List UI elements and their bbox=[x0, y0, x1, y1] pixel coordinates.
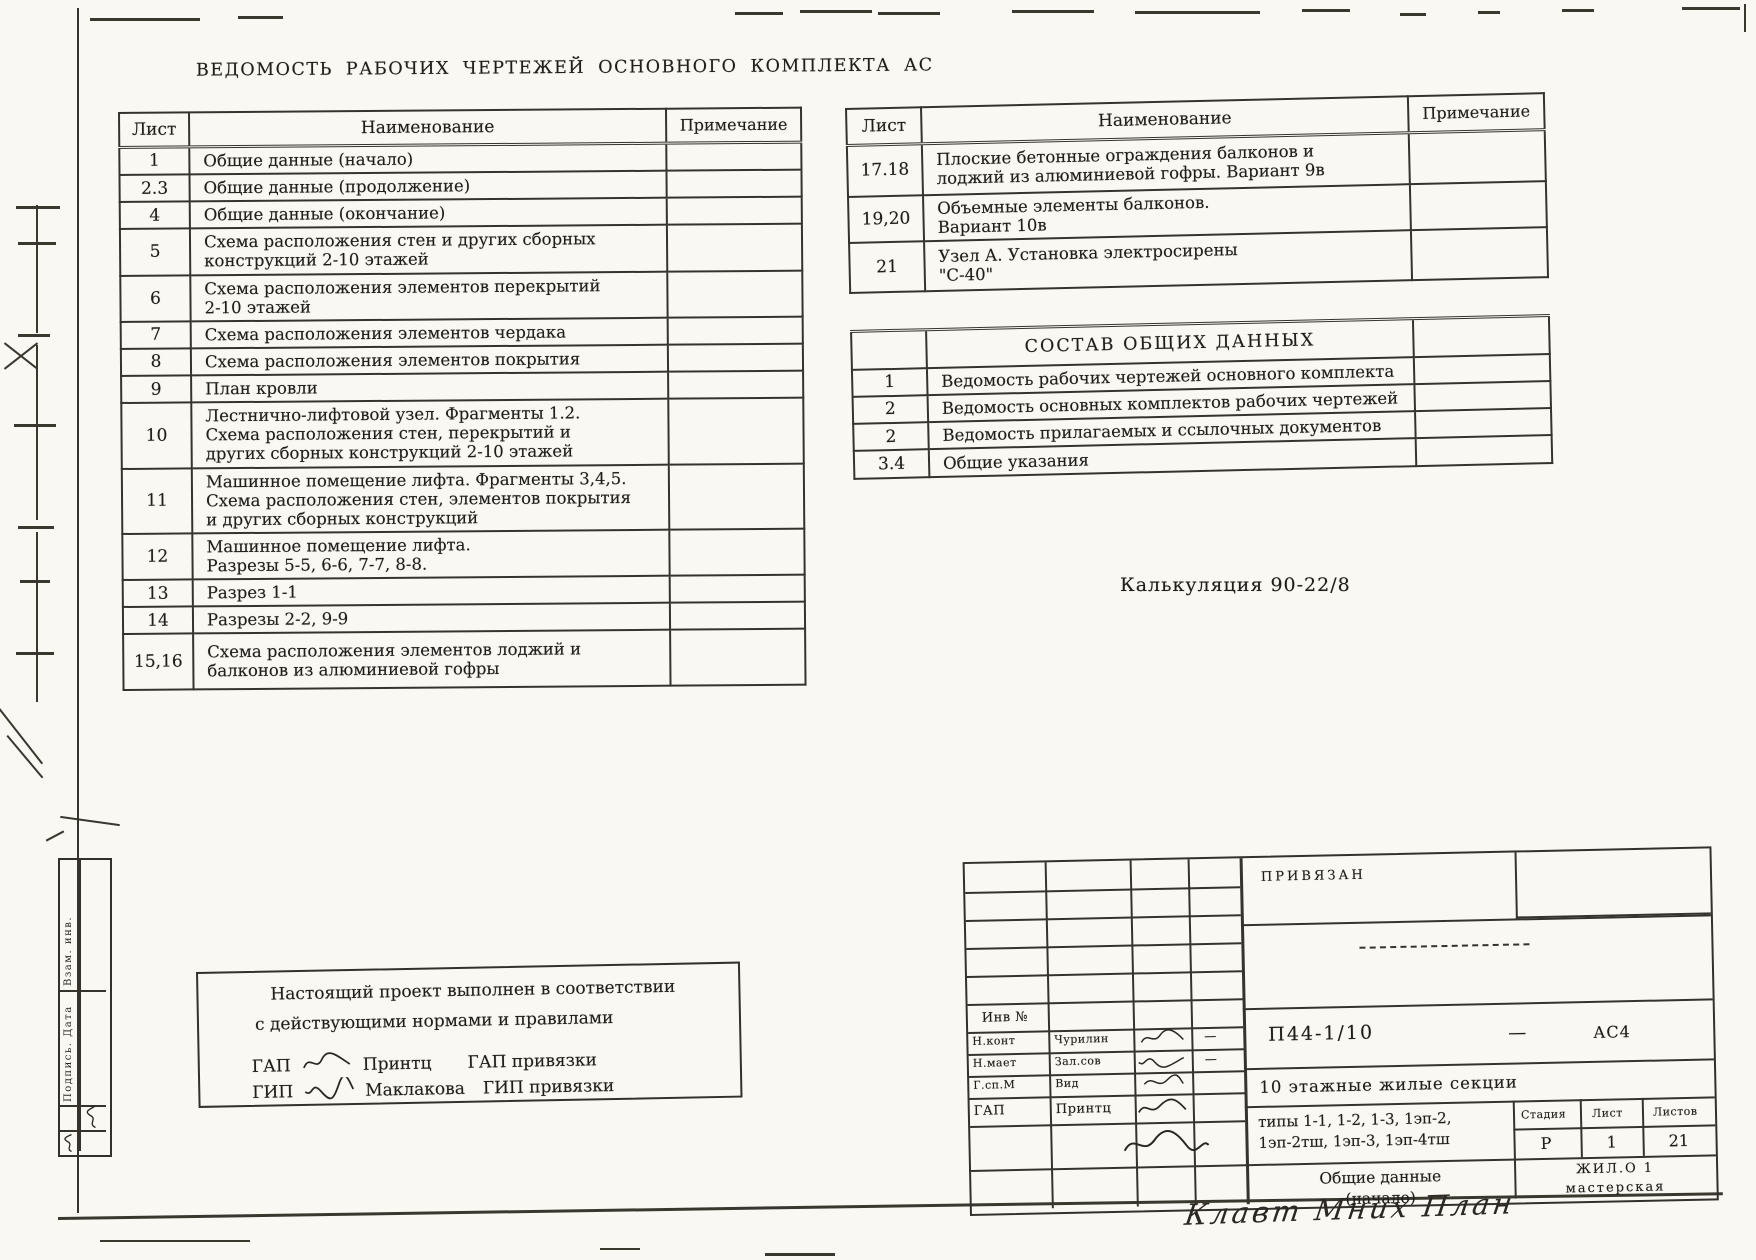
sheet-number-cell: 2 bbox=[853, 422, 929, 451]
gip-suffix: ГИП привязки bbox=[483, 1075, 615, 1098]
drawing-name-cell: Схема расположения элементов лоджий и ба… bbox=[193, 630, 670, 690]
drawing-name-cell: Схема расположения элементов покрытия bbox=[191, 345, 668, 376]
sheet-number-cell: 13 bbox=[123, 580, 193, 608]
sheet-number-cell: 7 bbox=[121, 321, 191, 349]
drawing-name-cell: Общие данные (окончание) bbox=[190, 198, 667, 229]
col-header-sheet: Лист bbox=[846, 107, 922, 145]
date-dash: — bbox=[1205, 1052, 1217, 1066]
table-row: 12 Машинное помещение лифта. Разрезы 5-5… bbox=[122, 528, 804, 580]
sheet-number-cell: 11 bbox=[122, 468, 193, 534]
divider bbox=[60, 1130, 106, 1132]
margin-label-podpis-data: Подпись. Дата bbox=[63, 1002, 74, 1102]
margin-handwriting-scribble bbox=[61, 1134, 80, 1154]
drawing-name-cell: План кровли bbox=[191, 372, 668, 403]
divider bbox=[967, 970, 1242, 978]
drawing-name-cell: Разрез 1-1 bbox=[193, 576, 670, 607]
note-cell bbox=[666, 170, 801, 198]
divider bbox=[1243, 998, 1713, 1010]
note-cell bbox=[667, 224, 802, 271]
right-tables-wrap: Лист Наименование Примечание 17.18 Плоск… bbox=[845, 92, 1553, 480]
signature-scribble bbox=[1141, 1071, 1185, 1096]
note-cell bbox=[668, 371, 803, 399]
inventory-number-label: Инв № bbox=[982, 1010, 1029, 1026]
set-code: АС4 bbox=[1593, 1022, 1631, 1042]
sheet-number-cell: 10 bbox=[121, 403, 192, 469]
divider bbox=[966, 942, 1241, 950]
gap-suffix: ГАП привязки bbox=[467, 1050, 597, 1072]
gip-role: ГИП bbox=[252, 1082, 293, 1103]
note-cell bbox=[668, 344, 803, 372]
table-header-row: Лист Наименование Примечание bbox=[119, 108, 801, 147]
divider bbox=[1359, 943, 1529, 949]
gap-signature-scribble bbox=[301, 1051, 354, 1079]
note-cell bbox=[668, 398, 804, 464]
stage-label: Стадия bbox=[1521, 1107, 1566, 1121]
signer-name: Вид bbox=[1055, 1077, 1079, 1090]
sheet-number-cell: 2.3 bbox=[119, 174, 189, 202]
sheet-number-cell: 12 bbox=[122, 533, 192, 580]
note-cell bbox=[666, 142, 801, 171]
divider bbox=[1241, 914, 1711, 926]
drawing-name-cell: Общие данные (начало) bbox=[189, 143, 666, 175]
sheet-number-cell: 2 bbox=[853, 395, 929, 424]
working-drawings-table: Лист Наименование Примечание 1 Общие дан… bbox=[118, 107, 807, 692]
general-data-table: СОСТАВ ОБЩИХ ДАННЫХ 1 Ведомость рабочих … bbox=[850, 314, 1553, 480]
table-row: 5 Схема расположения стен и других сборн… bbox=[120, 224, 802, 276]
table-row: 15,16 Схема расположения элементов лоджи… bbox=[123, 629, 805, 690]
note-cell bbox=[667, 197, 802, 225]
sheet-number-cell: 1 bbox=[119, 146, 189, 175]
stage-value: Р bbox=[1540, 1134, 1551, 1153]
sheet-number-cell: 9 bbox=[121, 375, 191, 403]
divider bbox=[966, 914, 1241, 922]
sheet-number-cell: 17.18 bbox=[847, 143, 923, 197]
compliance-note-box: Настоящий проект выполнен в соответствии… bbox=[196, 962, 743, 1108]
sheet-number-cell: 21 bbox=[849, 241, 925, 293]
divider bbox=[1513, 1124, 1715, 1130]
drawing-name-cell: Разрезы 2-2, 9-9 bbox=[193, 603, 670, 634]
privyazan-label: Привязан bbox=[1261, 868, 1366, 885]
note-cell bbox=[670, 602, 805, 630]
signer-role: ГАП bbox=[974, 1103, 1006, 1119]
sheet-number-cell: 4 bbox=[120, 202, 190, 230]
col-header-sheet: Лист bbox=[119, 112, 189, 147]
sheet-number-cell: 15,16 bbox=[123, 634, 193, 691]
sheet-number-cell: 14 bbox=[123, 607, 193, 635]
divider bbox=[970, 1092, 1245, 1100]
signer-name: Зал.сов bbox=[1055, 1054, 1102, 1068]
col-header-note: Примечание bbox=[666, 108, 801, 143]
sheets-label: Листов bbox=[1653, 1105, 1698, 1119]
note-cell bbox=[667, 270, 802, 317]
sheet-label: Лист bbox=[1592, 1106, 1623, 1120]
gip-signature-scribble bbox=[303, 1077, 356, 1105]
gip-signature-row: ГИП Маклакова ГИП привязки bbox=[252, 1072, 614, 1106]
drawing-name-cell: Схема расположения элементов чердака bbox=[191, 317, 668, 348]
sheet-number-cell: 3.4 bbox=[854, 449, 930, 479]
drawing-name-cell: Схема расположения элементов перекрытий … bbox=[190, 271, 667, 321]
object-name: 10 этажные жилые секции bbox=[1259, 1073, 1518, 1097]
note-cell bbox=[669, 528, 804, 575]
note-cell bbox=[1411, 227, 1548, 280]
margin-stamp: Взам. инв. Подпись. Дата bbox=[58, 858, 112, 1157]
divider bbox=[971, 1164, 1246, 1172]
compliance-line-2: с действующими нормами и правилами bbox=[255, 1008, 614, 1035]
margin-label-vzam-inv: Взам. инв. bbox=[63, 874, 74, 986]
page-title: ВЕДОМОСТЬ РАБОЧИХ ЧЕРТЕЖЕЙ ОСНОВНОГО КОМ… bbox=[196, 55, 934, 80]
divider bbox=[968, 998, 1243, 1006]
margin-handwriting-scribble bbox=[85, 1106, 104, 1130]
divider bbox=[60, 990, 106, 992]
note-cell bbox=[670, 629, 805, 686]
col-header-name: Наименование bbox=[189, 109, 666, 147]
privyazan-bracket bbox=[1515, 848, 1711, 918]
table-row: 10 Лестнично-лифтовой узел. Фрагменты 1.… bbox=[121, 398, 803, 469]
divider bbox=[1244, 1058, 1714, 1070]
workshop-name: ЖИЛ.О 1 мастерская bbox=[1514, 1158, 1717, 1200]
continuation-table: Лист Наименование Примечание 17.18 Плоск… bbox=[845, 92, 1549, 294]
drawing-name-cell: Схема расположения стен и других сборных… bbox=[190, 225, 667, 275]
sheet-value: 1 bbox=[1606, 1132, 1617, 1151]
divider bbox=[79, 860, 81, 1151]
note-cell bbox=[1410, 181, 1547, 230]
divider bbox=[969, 1070, 1244, 1078]
empty-cell bbox=[1413, 316, 1550, 357]
divider bbox=[965, 886, 1240, 894]
signer-role: Н.конт bbox=[972, 1034, 1015, 1048]
signer-role: Н.мает bbox=[973, 1056, 1017, 1070]
document-code: П44-1/10 bbox=[1268, 1021, 1374, 1045]
drawing-name-cell: Машинное помещение лифта. Разрезы 5-5, 6… bbox=[192, 530, 669, 580]
dash-mark: — bbox=[1508, 1022, 1526, 1043]
divider bbox=[1245, 1096, 1715, 1108]
sheets-value: 21 bbox=[1668, 1131, 1689, 1150]
section-types: типы 1-1, 1-2, 1-3, 1эп-2, 1эп-2тш, 1эп-… bbox=[1258, 1108, 1452, 1154]
title-block: Инв № Н.конт Чурилин Н.мает Зал.сов Г.сп… bbox=[963, 846, 1719, 1216]
sheet-number-cell: 5 bbox=[120, 229, 190, 276]
divider bbox=[1240, 858, 1250, 1204]
divider bbox=[1045, 862, 1054, 1208]
col-header-note: Примечание bbox=[1408, 93, 1545, 132]
divider bbox=[969, 1048, 1244, 1056]
signer-name: Принтц bbox=[1056, 1101, 1112, 1117]
signature-scribble bbox=[1136, 1095, 1189, 1124]
signer-role: Г.сп.М bbox=[973, 1078, 1015, 1092]
note-cell bbox=[668, 316, 803, 344]
note-cell bbox=[669, 463, 805, 529]
drawing-name-cell: Машинное помещение лифта. Фрагменты 3,4,… bbox=[192, 464, 669, 533]
scanned-drawing-sheet: ВЕДОМОСТЬ РАБОЧИХ ЧЕРТЕЖЕЙ ОСНОВНОГО КОМ… bbox=[0, 0, 1756, 1260]
signer-name: Чурилин bbox=[1054, 1032, 1109, 1046]
drawing-name-cell: Узел А. Установка электросирены "С-40" bbox=[924, 230, 1412, 291]
note-cell bbox=[1416, 435, 1553, 466]
note-cell bbox=[1415, 408, 1552, 438]
sheet-number-cell: 1 bbox=[852, 368, 928, 397]
sheet-number-cell: 8 bbox=[121, 348, 191, 376]
sheet-number-cell: 6 bbox=[120, 275, 190, 322]
drawing-name-cell: Общие данные (продолжение) bbox=[189, 171, 666, 202]
note-cell bbox=[1414, 381, 1551, 411]
drawing-name-cell: Лестнично-лифтовой узел. Фрагменты 1.2. … bbox=[191, 399, 668, 468]
signature-scribble bbox=[1120, 1127, 1211, 1165]
note-cell bbox=[1409, 129, 1546, 184]
gap-name: Принтц bbox=[363, 1053, 432, 1074]
calculation-note: Калькуляция 90-22/8 bbox=[1120, 574, 1351, 596]
date-dash: — bbox=[1204, 1029, 1216, 1043]
note-cell bbox=[1414, 354, 1551, 384]
sheet-number-cell: 19,20 bbox=[848, 195, 924, 243]
gip-name: Маклакова bbox=[365, 1078, 465, 1100]
table-row: 11 Машинное помещение лифта. Фрагменты 3… bbox=[122, 463, 804, 534]
working-drawings-table-wrap: Лист Наименование Примечание 1 Общие дан… bbox=[118, 107, 807, 692]
gap-role: ГАП bbox=[252, 1056, 291, 1077]
note-cell bbox=[670, 575, 805, 603]
empty-cell bbox=[851, 330, 927, 370]
compliance-line-1: Настоящий проект выполнен в соответствии bbox=[270, 977, 675, 1005]
table-row: 6 Схема расположения элементов перекрыти… bbox=[120, 270, 802, 322]
